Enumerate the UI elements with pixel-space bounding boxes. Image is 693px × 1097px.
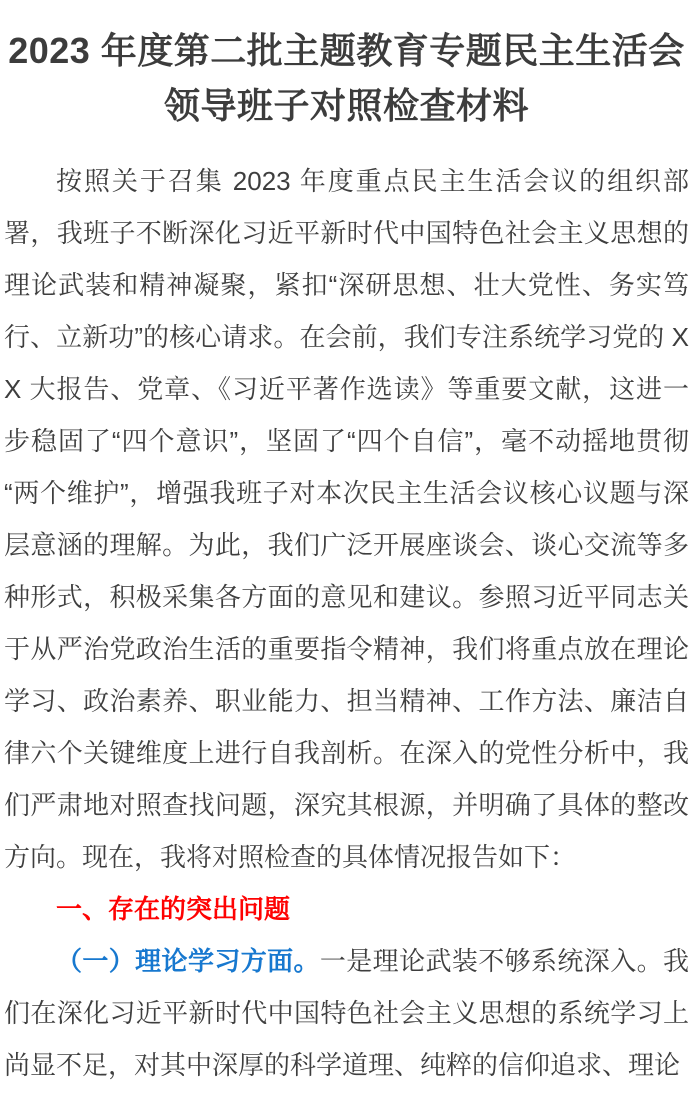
document-title: 2023 年度第二批主题教育专题民主生活会领导班子对照检查材料	[4, 23, 689, 133]
section-heading-1: 一、存在的突出问题	[4, 883, 689, 935]
subsection-paragraph-1: （一）理论学习方面。一是理论武装不够系统深入。我们在深化习近平新时代中国特色社会…	[4, 935, 689, 1091]
intro-paragraph: 按照关于召集 2023 年度重点民主生活会议的组织部署，我班子不断深化习近平新时…	[4, 155, 689, 883]
subsection-label: （一）理论学习方面。	[56, 946, 320, 976]
document-page: 2023 年度第二批主题教育专题民主生活会领导班子对照检查材料 按照关于召集 2…	[0, 0, 693, 1097]
